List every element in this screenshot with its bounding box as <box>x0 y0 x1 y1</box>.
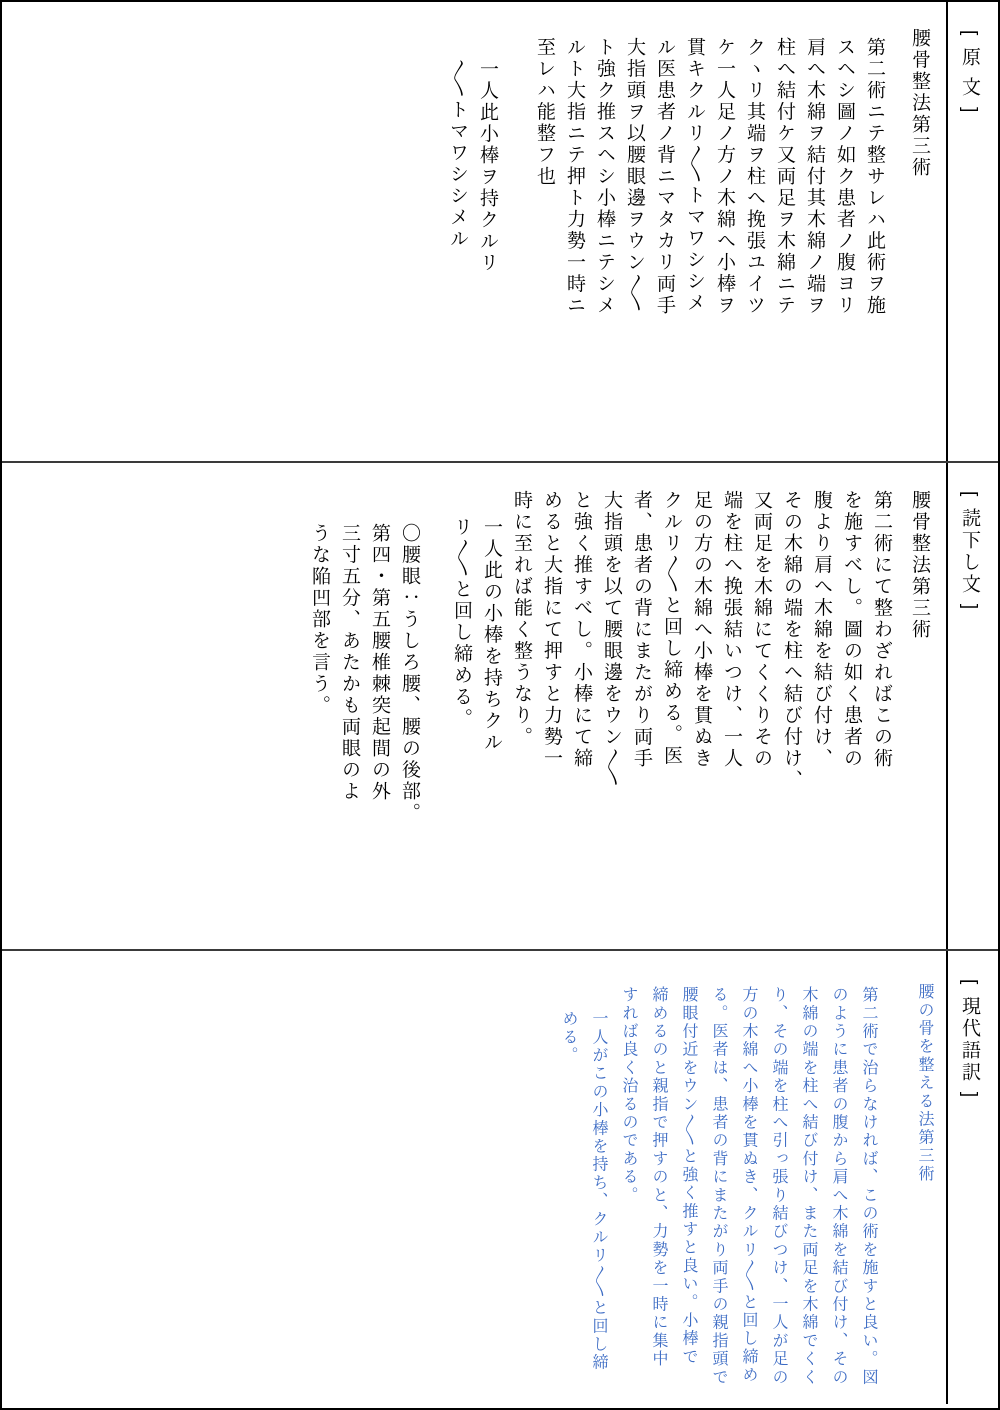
yomikudashi-indent-block: 一人此の小棒を持ちクルリ〱と回し締める。 <box>446 490 506 949</box>
panel-original: 腰骨整法第三術 第二術ニテ整サレハ此術ヲ施スヘシ圖ノ如ク患者ノ腹ヨリ肩へ木綿ヲ結… <box>2 2 998 463</box>
text-line: その木綿の端を柱へ結び付け、 <box>776 490 806 949</box>
text-line: 端を柱へ挽張結いつけ、一人 <box>716 490 746 949</box>
text-line: 者、患者の背にまたがり両手 <box>626 490 656 949</box>
original-text: 腰骨整法第三術 第二術ニテ整サレハ此術ヲ施スヘシ圖ノ如ク患者ノ腹ヨリ肩へ木綿ヲ結… <box>2 2 944 461</box>
text-line: 一人此の小棒を持ちクル <box>476 517 506 949</box>
text-line: 至レハ能整フ也 <box>529 37 559 461</box>
text-line: うな陥凹部を言う。 <box>304 523 334 949</box>
text-line: 時に至れば能く整うなり。 <box>506 490 536 949</box>
section-label-column: [ 読下し文 ] <box>946 463 998 949</box>
text-line: 三寸五分、あたかも両眼のよ <box>334 523 364 949</box>
panel-yomikudashi: 腰骨整法第三術 第二術にて整わざればこの術を施すべし。圖の如く患者の腹より肩へ木… <box>2 463 998 951</box>
text-line: を施すべし。圖の如く患者の <box>836 490 866 949</box>
panel-title: 腰骨整法第三術 <box>904 490 934 949</box>
text-line: 第二術で治らなければ、この術を施すと良い。図 <box>853 986 883 1404</box>
reading-text: 腰骨整法第三術 第二術にて整わざればこの術を施すべし。圖の如く患者の腹より肩へ木… <box>2 463 944 949</box>
modern-indent-block: 一人がこの小棒を持ち、クルリ〱と回し締める。 <box>553 983 613 1404</box>
text-line: クヽリ其端ヲ柱へ挽張ユイツ <box>739 37 769 461</box>
modern-body: 第二術で治らなければ、この術を施すと良い。図のように患者の腹から肩へ木綿を結び付… <box>613 983 883 1404</box>
text-line: 方の木綿へ小棒を貫ぬき、クルリ〱と回し締め <box>733 986 763 1404</box>
text-line: スヘシ圖ノ如ク患者ノ腹ヨリ <box>829 37 859 461</box>
section-label-column: [ 原 文 ] <box>946 2 998 461</box>
text-line: ケ一人足ノ方ノ木綿へ小棒ヲ <box>709 37 739 461</box>
text-line: 肩へ木綿ヲ結付其木綿ノ端ヲ <box>799 37 829 461</box>
original-indent-block: 一人此小棒ヲ持クルリ〱トマワシシメル <box>442 28 502 461</box>
text-line: 腹より肩へ木綿を結び付け、 <box>806 490 836 949</box>
panel-modern-translation: 腰の骨を整える法第三術 第二術で治らなければ、この術を施すと良い。図のように患者… <box>2 951 998 1404</box>
text-line: 一人此小棒ヲ持クルリ <box>472 59 502 461</box>
text-line: 又両足を木綿にてくくりその <box>746 490 776 949</box>
original-body: 第二術ニテ整サレハ此術ヲ施スヘシ圖ノ如ク患者ノ腹ヨリ肩へ木綿ヲ結付其木綿ノ端ヲ柱… <box>529 28 889 461</box>
text-line: のように患者の腹から肩へ木綿を結び付け、その <box>823 986 853 1404</box>
panel-title: 腰の骨を整える法第三術 <box>909 983 939 1404</box>
text-line: リ〱と回し締める。 <box>446 517 476 949</box>
section-label: [ 現代語訳 ] <box>954 951 998 1404</box>
text-line: 〇腰眼：うしろ腰、腰の後部。 <box>394 523 424 949</box>
text-line: 大指頭ヲ以腰眼邊ヲウン〱 <box>619 37 649 461</box>
text-line: 〱トマワシシメル <box>442 59 472 461</box>
text-line: り、その端を柱へ引っ張り結びつけ、一人が足の <box>763 986 793 1404</box>
yomikudashi-body: 第二術にて整わざればこの術を施すべし。圖の如く患者の腹より肩へ木綿を結び付け、そ… <box>506 490 896 949</box>
text-line: る。医者は、患者の背にまたがり両手の親指頭で <box>703 986 733 1404</box>
text-line: 足の方の木綿へ小棒を貫ぬき <box>686 490 716 949</box>
text-line: める。 <box>553 1010 583 1404</box>
panel-title: 腰骨整法第三術 <box>904 28 934 461</box>
text-line: 一人がこの小棒を持ち、クルリ〱と回し締 <box>583 1010 613 1404</box>
text-line: 第四・第五腰椎棘突起間の外 <box>364 523 394 949</box>
text-line: 腰眼付近をウン〱と強く推すと良い。小棒で <box>673 986 703 1404</box>
text-line: 第二術にて整わざればこの術 <box>866 490 896 949</box>
text-line: ト強ク推スヘシ小棒ニテシメ <box>589 37 619 461</box>
yomikudashi-note-block: 〇腰眼：うしろ腰、腰の後部。第四・第五腰椎棘突起間の外三寸五分、あたかも両眼のよ… <box>304 490 424 949</box>
modern-translation-text: 腰の骨を整える法第三術 第二術で治らなければ、この術を施すと良い。図のように患者… <box>2 951 944 1404</box>
section-label: [ 原 文 ] <box>954 2 998 461</box>
text-line: 柱へ結付ケ又両足ヲ木綿ニテ <box>769 37 799 461</box>
text-line: ル医患者ノ背ニマタカリ両手 <box>649 37 679 461</box>
text-line: 第二術ニテ整サレハ此術ヲ施 <box>859 37 889 461</box>
text-line: 大指頭を以て腰眼邊をウン〱 <box>596 490 626 949</box>
document-page: 腰骨整法第三術 第二術ニテ整サレハ此術ヲ施スヘシ圖ノ如ク患者ノ腹ヨリ肩へ木綿ヲ結… <box>0 0 1000 1410</box>
section-label-column: [ 現代語訳 ] <box>946 951 998 1404</box>
text-line: クルリ〱と回し締める。医 <box>656 490 686 949</box>
text-line: ルト大指ニテ押ト力勢一時ニ <box>559 37 589 461</box>
section-label: [ 読下し文 ] <box>954 463 998 949</box>
text-line: 貫キクルリ〱トマワシシメ <box>679 37 709 461</box>
text-line: 締めるのと親指で押すのと、力勢を一時に集中 <box>643 986 673 1404</box>
text-line: と強く推すべし。小棒にて締 <box>566 490 596 949</box>
text-line: すれば良く治るのである。 <box>613 986 643 1404</box>
text-line: 木綿の端を柱へ結び付け、また両足を木綿でくく <box>793 986 823 1404</box>
text-line: めると大指にて押すと力勢一 <box>536 490 566 949</box>
